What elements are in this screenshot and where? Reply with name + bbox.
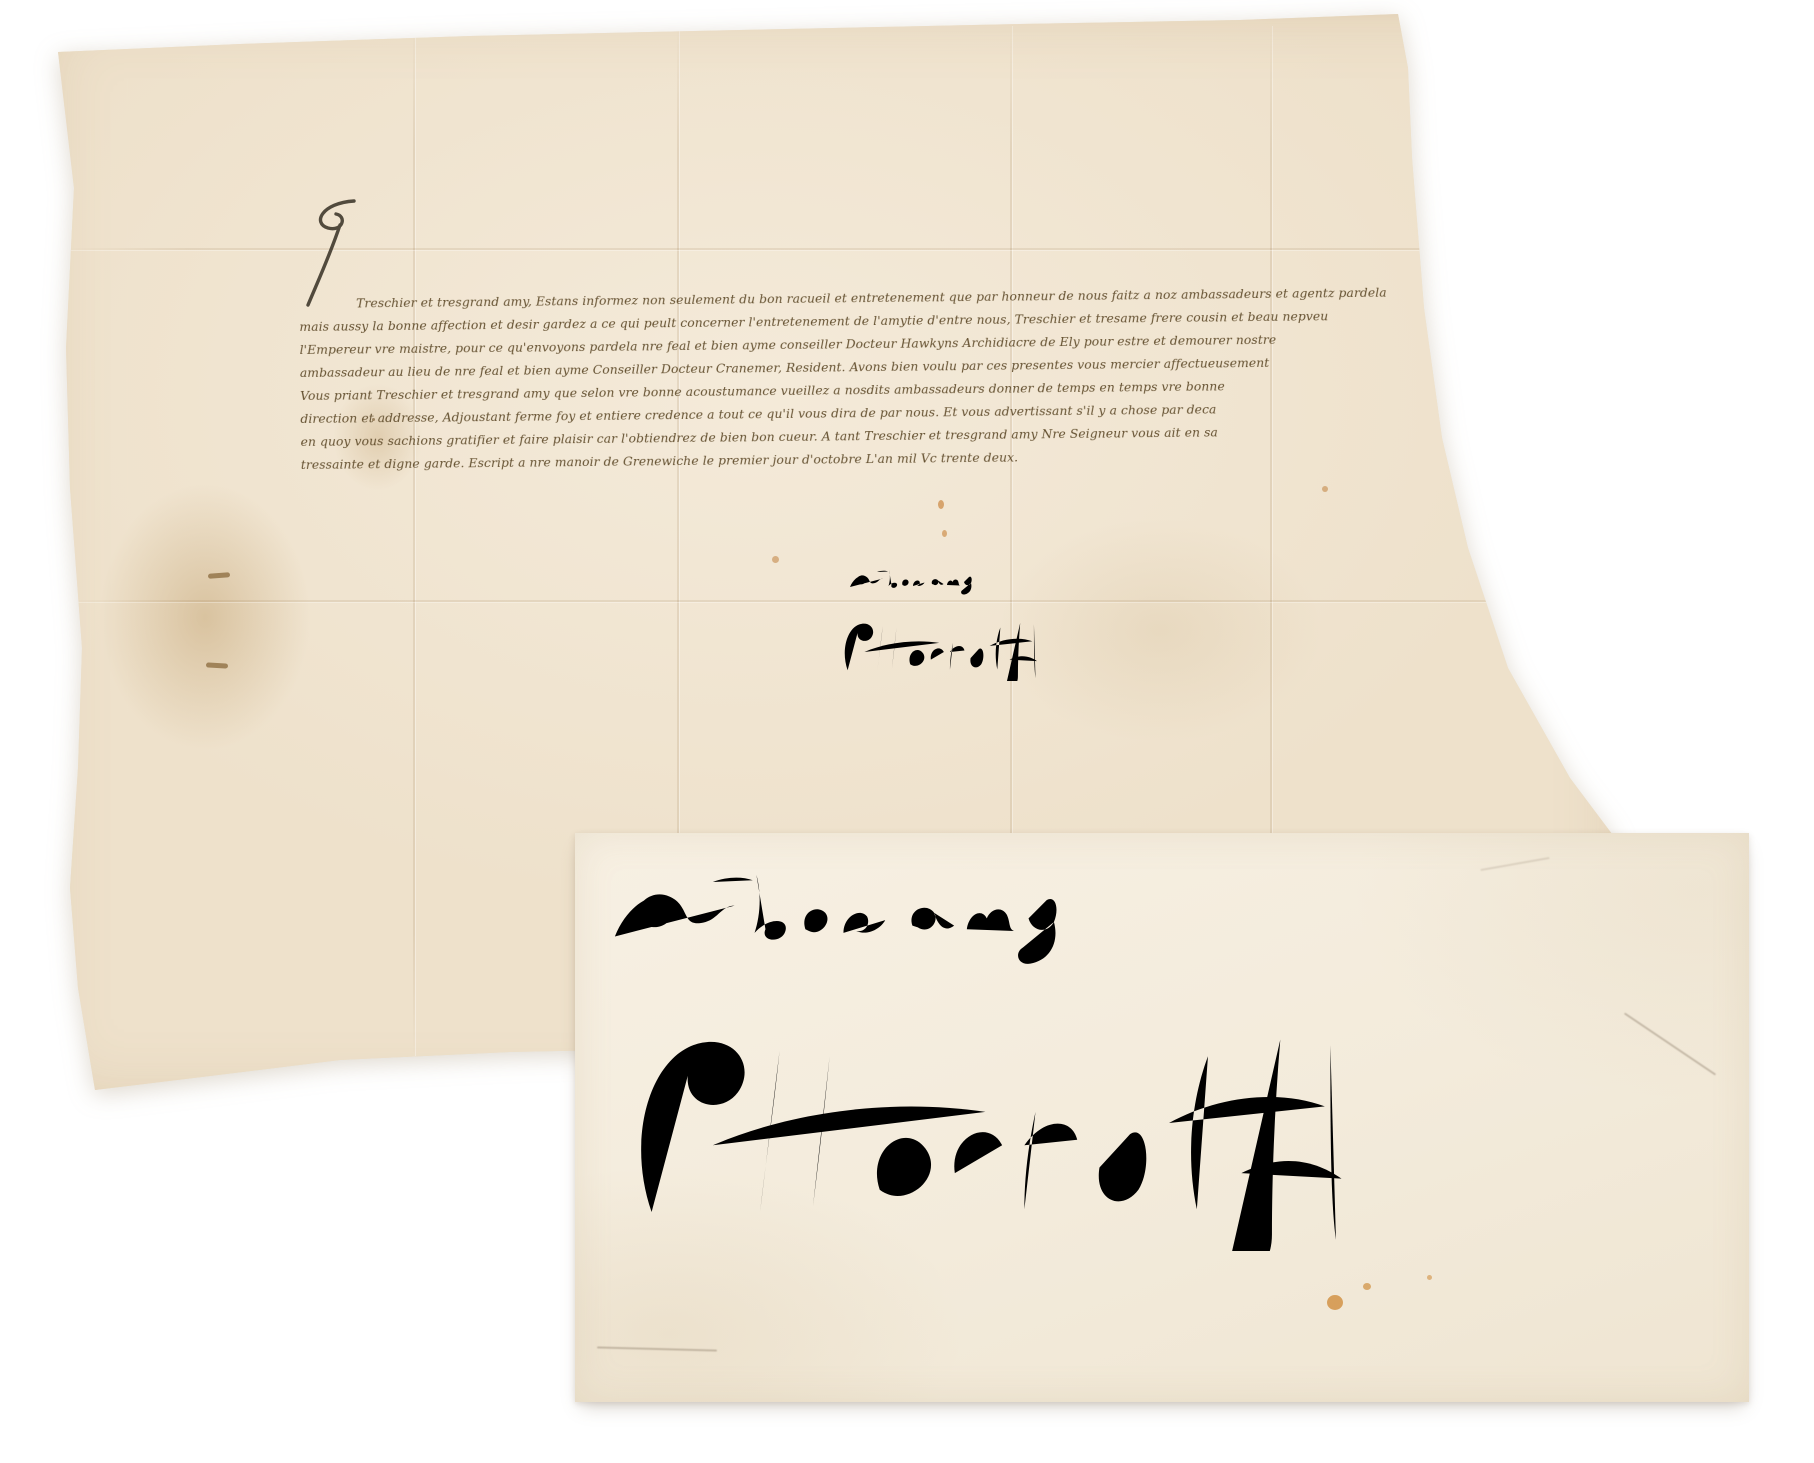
letter-body-text: Treschier et tresgrand amy, Estans infor… (299, 283, 1256, 477)
letter-signature-name (838, 597, 1068, 681)
foxing-dot (942, 530, 947, 537)
foxing-dot (1322, 486, 1328, 492)
fold-crease-horizontal-2 (64, 600, 1594, 602)
foxing-dot (1427, 1275, 1432, 1280)
foxing-dot (938, 500, 944, 509)
inset-signature-name (618, 945, 1453, 1251)
fold-crease-horizontal-1 (64, 248, 1594, 250)
paper-crack (597, 1346, 717, 1351)
foxing-dot (1363, 1283, 1371, 1290)
foxing-dot (1327, 1295, 1343, 1310)
foxing-dot (772, 556, 779, 563)
paper-crack (1480, 857, 1549, 871)
photo-canvas: Treschier et tresgrand amy, Estans infor… (0, 0, 1814, 1463)
letter-signature-closing (846, 564, 996, 599)
fold-crease-vertical-1 (413, 26, 415, 1056)
paper-crack (1624, 1012, 1716, 1075)
seal-slit-bottom (206, 662, 228, 668)
seal-slit-top (208, 572, 230, 579)
